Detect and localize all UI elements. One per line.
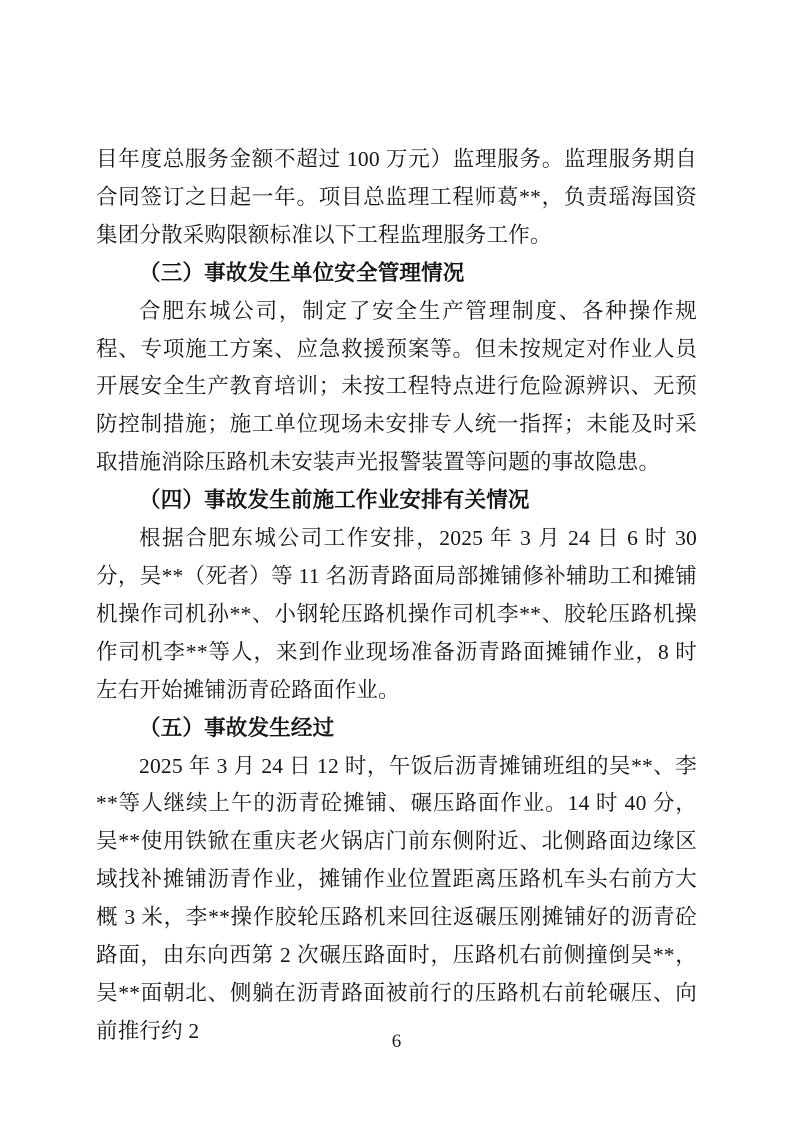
- section-3-paragraph: 合肥东城公司，制定了安全生产管理制度、各种操作规程、专项施工方案、应急救援预案等…: [96, 293, 697, 483]
- page-footer: 6: [0, 1029, 793, 1055]
- section-heading-5: （五）事故发生经过: [96, 710, 697, 748]
- document-body: 目年度总服务金额不超过 100 万元）监理服务。监理服务期自合同签订之日起一年。…: [96, 141, 697, 1051]
- document-page: 目年度总服务金额不超过 100 万元）监理服务。监理服务期自合同签订之日起一年。…: [0, 0, 793, 1122]
- section-heading-3: （三）事故发生单位安全管理情况: [96, 255, 697, 293]
- section-5-paragraph: 2025 年 3 月 24 日 12 时，午饭后沥青摊铺班组的吴**、李**等人…: [96, 748, 697, 1051]
- page-number: 6: [392, 1031, 402, 1052]
- body-paragraph-continuation: 目年度总服务金额不超过 100 万元）监理服务。监理服务期自合同签订之日起一年。…: [96, 141, 697, 255]
- section-4-paragraph: 根据合肥东城公司工作安排，2025 年 3 月 24 日 6 时 30 分，吴*…: [96, 520, 697, 710]
- section-heading-4: （四）事故发生前施工作业安排有关情况: [96, 482, 697, 520]
